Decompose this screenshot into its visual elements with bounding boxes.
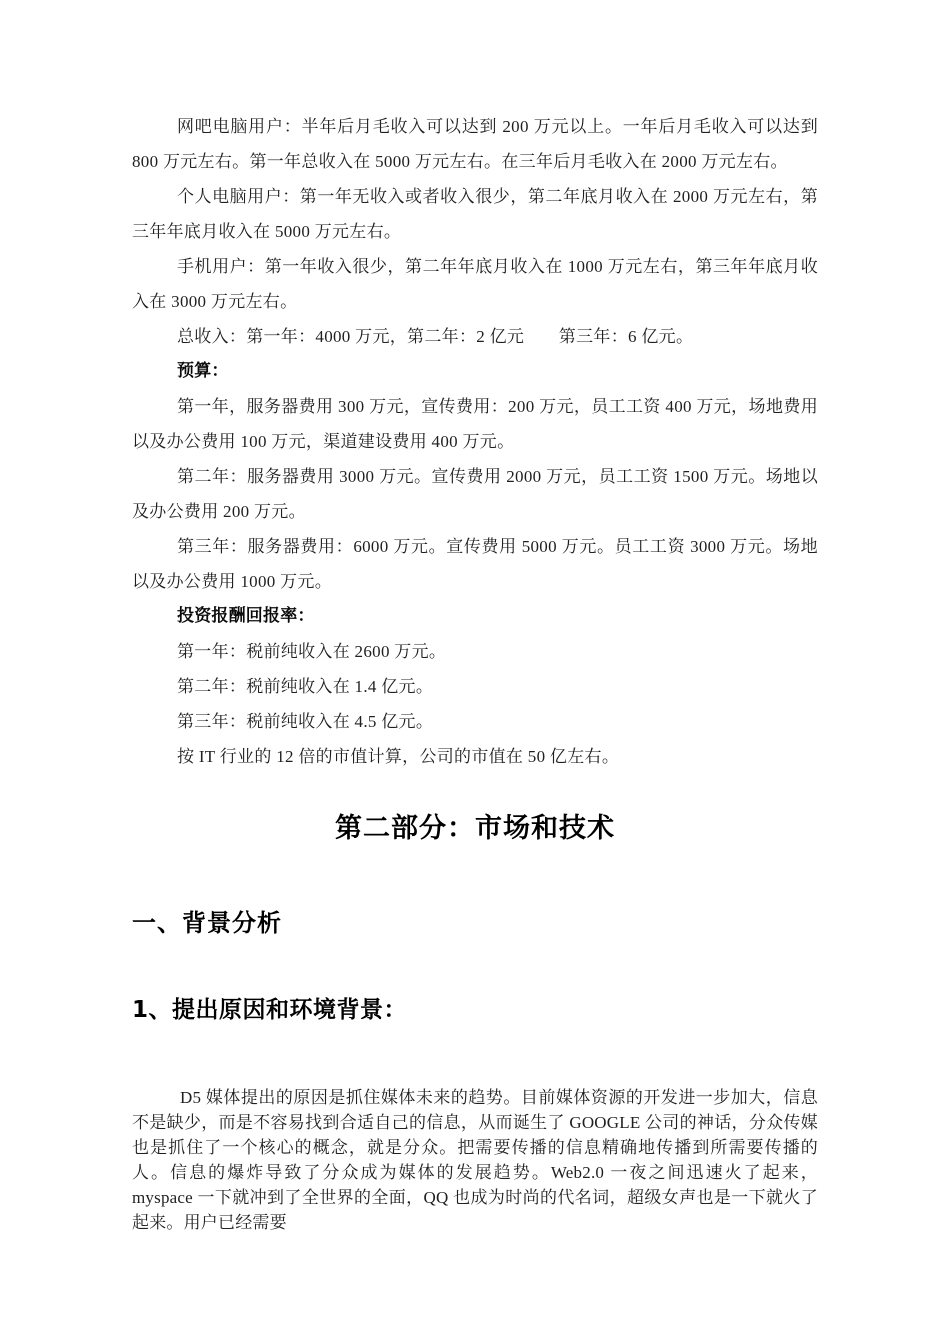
paragraph-company-valuation: 按 IT 行业的 12 倍的市值计算，公司的市值在 50 亿左右。 — [132, 739, 818, 774]
paragraph-total-revenue: 总收入：第一年：4000 万元，第二年：2 亿元 第三年：6 亿元。 — [132, 319, 818, 354]
paragraph-d5-media-background: D5 媒体提出的原因是抓住媒体未来的趋势。目前媒体资源的开发进一步加大，信息不是… — [132, 1085, 818, 1235]
paragraph-budget-year2: 第二年：服务器费用 3000 万元。宣传费用 2000 万元，员工工资 1500… — [132, 459, 818, 529]
section-heading-background-analysis: 一、背景分析 — [132, 906, 818, 940]
paragraph-roi-year2: 第二年：税前纯收入在 1.4 亿元。 — [132, 669, 818, 704]
part2-title: 第二部分：市场和技术 — [132, 808, 818, 850]
paragraph-budget-year1: 第一年，服务器费用 300 万元，宣传费用：200 万元，员工工资 400 万元… — [132, 389, 818, 459]
document-page: 网吧电脑用户：半年后月毛收入可以达到 200 万元以上。一年后月毛收入可以达到 … — [0, 0, 950, 1344]
paragraph-budget-year3: 第三年：服务器费用：6000 万元。宣传费用 5000 万元。员工工资 3000… — [132, 529, 818, 599]
roi-label: 投资报酬回报率： — [132, 599, 818, 634]
paragraph-roi-year3: 第三年：税前纯收入在 4.5 亿元。 — [132, 704, 818, 739]
paragraph-netcafe-user-revenue: 网吧电脑用户：半年后月毛收入可以达到 200 万元以上。一年后月毛收入可以达到 … — [132, 109, 818, 179]
paragraph-pc-user-revenue: 个人电脑用户：第一年无收入或者收入很少，第二年底月收入在 2000 万元左右，第… — [132, 179, 818, 249]
paragraph-roi-year1: 第一年：税前纯收入在 2600 万元。 — [132, 634, 818, 669]
subsection-heading-reasons-background: 1、提出原因和环境背景： — [132, 993, 818, 1027]
budget-label: 预算： — [132, 354, 818, 389]
paragraph-mobile-user-revenue: 手机用户：第一年收入很少，第二年年底月收入在 1000 万元左右，第三年年底月收… — [132, 249, 818, 319]
